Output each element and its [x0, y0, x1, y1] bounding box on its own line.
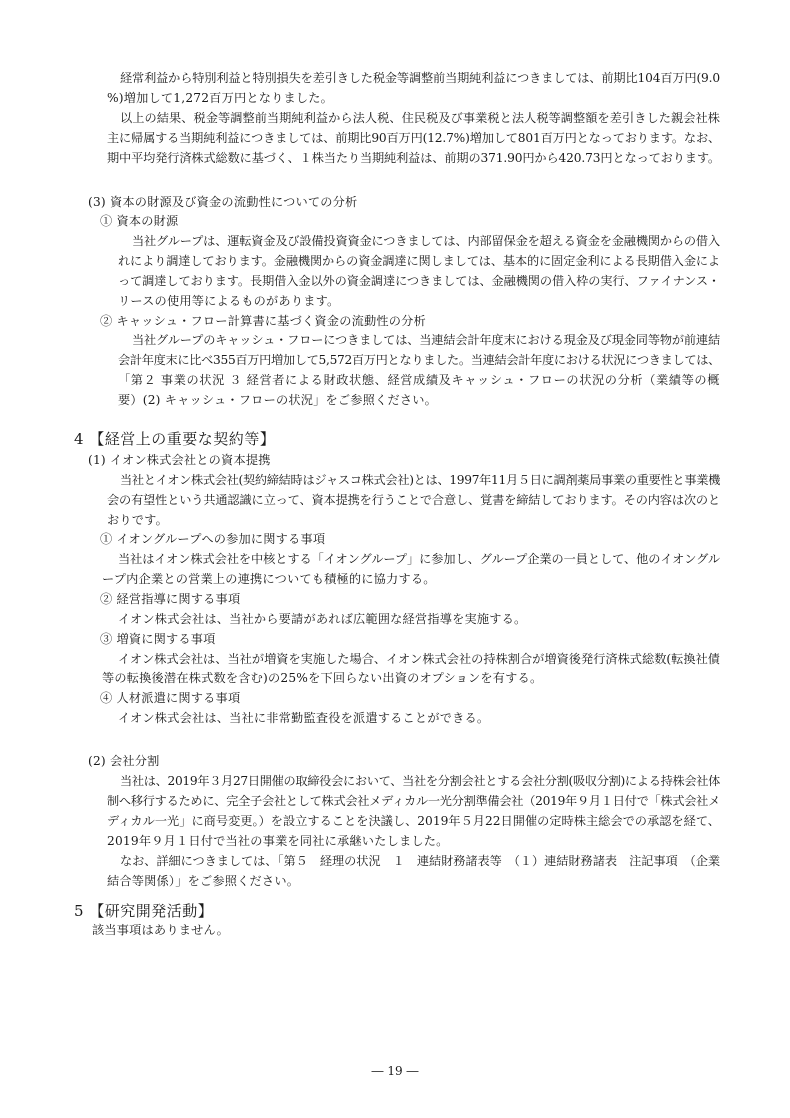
text-line: 主に帰属する当期純利益につきましては、前期比90百万円(12.7%)増加して80…	[107, 129, 720, 148]
text-line: ② キャッシュ・フロー計算書に基づく資金の流動性の分析	[100, 312, 426, 331]
text-line: れにより調達しております。金融機関からの資金調達に関しましては、基本的に固定金利…	[118, 252, 720, 271]
text-line: イオン株式会社は、当社に非常勤監査役を派遣することができる。	[118, 709, 489, 728]
text-line: ディカル一光」に商号変更。）を設立することを決議し、2019年５月22日開催の定…	[107, 812, 720, 831]
text-line: 当社は、2019年３月27日開催の取締役会において、当社を分割会社とする会社分割…	[120, 772, 720, 791]
text-line: (2) 会社分割	[88, 752, 160, 771]
page-number: ― 19 ―	[0, 1064, 790, 1078]
text-line: って調達しております。長期借入金以外の資金調達につきましては、金融機関の借入枠の…	[118, 272, 720, 291]
text-line: 等の転換後潜在株式数を含む)の25%を下回らない出資のオプションを有する。	[102, 669, 542, 688]
text-line: 以上の結果、税金等調整前当期純利益から法人税、住民税及び事業税と法人税等調整額を…	[120, 109, 720, 128]
text-line: ③ 増資に関する事項	[100, 630, 216, 649]
text-line: 当社はイオン株式会社を中核とする「イオングループ」に参加し、グループ企業の一員と…	[118, 550, 720, 569]
text-line: 会の有望性という共通認識に立って、資本提携を行うことで合意し、覚書を締結しており…	[107, 491, 720, 510]
text-line: ープ内企業との営業上の連携についても積極的に協力する。	[102, 570, 436, 589]
text-line: 制へ移行するために、完全子会社として株式会社メディカル一光分割準備会社（2019…	[107, 792, 720, 811]
text-line: 要）(2) キャッシュ・フローの状況」をご参照ください。	[118, 391, 437, 410]
text-line: ① 資本の財源	[100, 212, 178, 231]
text-line: ② 経営指導に関する事項	[100, 590, 240, 609]
text-line: (3) 資本の財源及び資金の流動性についての分析	[88, 193, 357, 212]
text-line: イオン株式会社は、当社から要請があれば広範囲な経営指導を実施する。	[118, 610, 526, 629]
text-line: 当社とイオン株式会社(契約締結時はジャスコ株式会社)とは、1997年11月５日に…	[120, 471, 720, 490]
text-line: おりです。	[107, 511, 168, 530]
text-line: 経常利益から特別利益と特別損失を差引きした税金等調整前当期純利益につきましては、…	[120, 69, 720, 88]
text-line: イオン株式会社は、当社が増資を実施した場合、イオン株式会社の持株割合が増資後発行…	[118, 650, 720, 669]
text-line: ① イオングループへの参加に関する事項	[100, 530, 325, 549]
text-line: 会計年度末に比べ355百万円増加して5,572百万円となりました。当連結会計年度…	[118, 351, 720, 370]
section-4-heading: 4 【経営上の重要な契約等】	[74, 430, 275, 449]
text-line: リースの使用等によるものがあります。	[118, 292, 339, 311]
text-line: 2019年９月１日付で当社の事業を同社に承継いたしました。	[107, 832, 449, 851]
text-line: ④ 人材派遣に関する事項	[100, 689, 240, 708]
text-line: 結合等関係）」をご参照ください。	[107, 872, 299, 891]
text-line: %)増加して1,272百万円となりました。	[107, 89, 333, 108]
section-5-body: 該当事項はありません。	[92, 921, 229, 940]
text-line: 当社グループのキャッシュ・フローにつきましては、当連結会計年度末における現金及び…	[132, 331, 720, 350]
document-page: 経常利益から特別利益と特別損失を差引きした税金等調整前当期純利益につきましては、…	[0, 0, 790, 1118]
text-line: 当社グループは、運転資金及び設備投資資金につきましては、内部留保金を超える資金を…	[132, 232, 720, 251]
text-line: 期中平均発行済株式総数に基づく、１株当たり当期純利益は、前期の371.90円から…	[107, 149, 720, 168]
text-line: (1) イオン株式会社との資本提携	[88, 451, 271, 470]
section-5-heading: 5 【研究開発活動】	[74, 902, 213, 921]
text-line: なお、詳細につきましては、「第５ 経理の状況 １ 連結財務諸表等 （１）連結財務…	[120, 852, 720, 871]
text-line: 「第２ 事業の状況 ３ 経営者による財政状態、経営成績及キャッシュ・フローの状況…	[118, 371, 720, 390]
